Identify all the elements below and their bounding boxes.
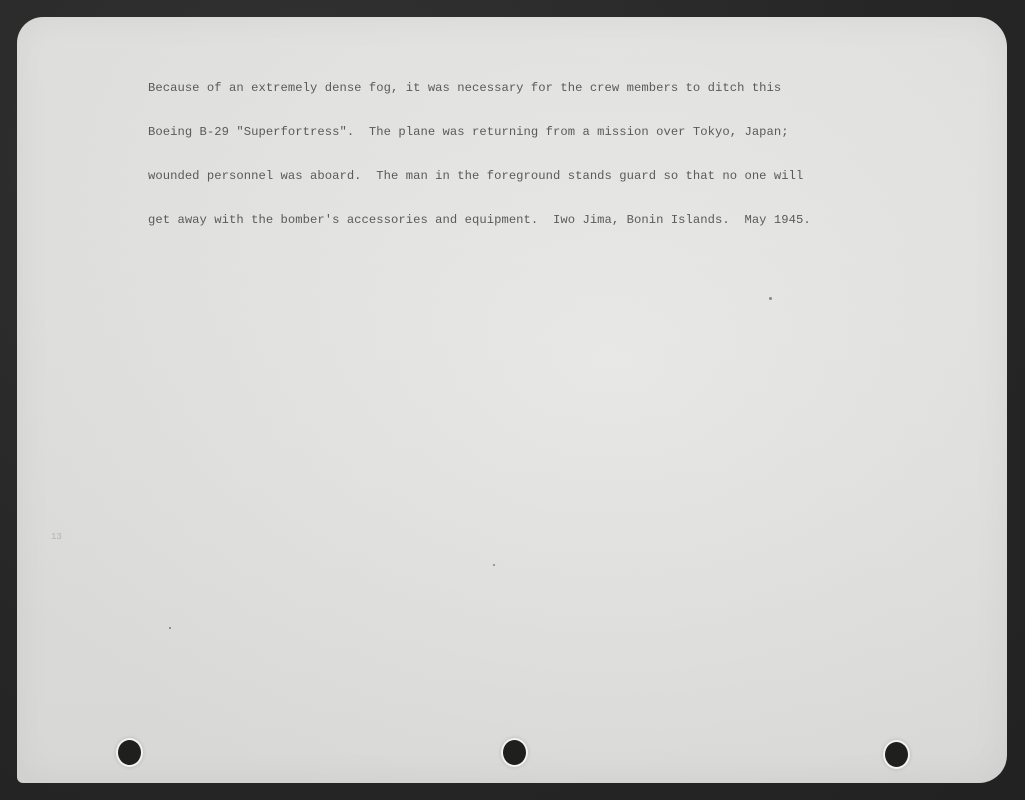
- typed-caption: Because of an extremely dense fog, it wa…: [148, 52, 868, 242]
- caption-line: wounded personnel was aboard. The man in…: [148, 169, 868, 184]
- punch-hole-left: [118, 740, 141, 765]
- margin-mark: 13: [51, 532, 62, 542]
- caption-line: get away with the bomber's accessories a…: [148, 213, 868, 228]
- punch-hole-center: [503, 740, 526, 765]
- caption-line: Boeing B-29 "Superfortress". The plane w…: [148, 125, 868, 140]
- caption-line: Because of an extremely dense fog, it wa…: [148, 81, 868, 96]
- punch-hole-right: [885, 742, 908, 767]
- paper-speck: [769, 297, 772, 300]
- paper-speck: [169, 627, 171, 629]
- paper-speck: [493, 564, 495, 566]
